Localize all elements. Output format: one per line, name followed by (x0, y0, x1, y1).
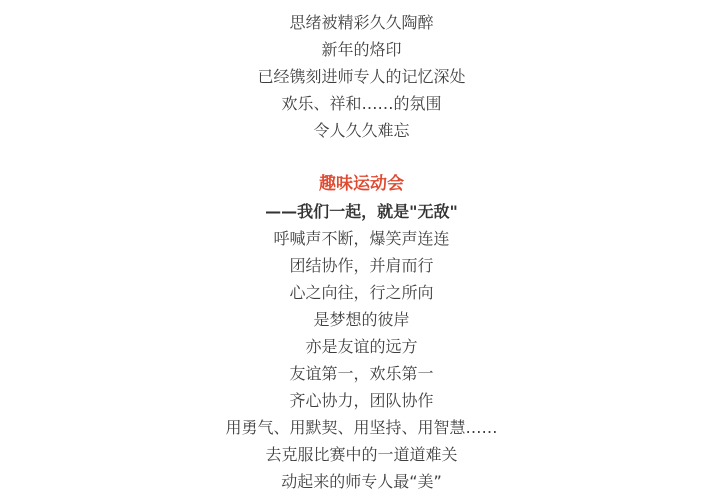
text-line: 动起来的师专人最“美” (0, 468, 723, 495)
text-line: 是梦想的彼岸 (0, 306, 723, 333)
text-line: 令人久久难忘 (0, 117, 723, 144)
section-spacer (0, 144, 723, 171)
text-line: 团结协作，并肩而行 (0, 252, 723, 279)
text-line: 齐心协力，团队协作 (0, 387, 723, 414)
text-line: 用勇气、用默契、用坚持、用智慧…… (0, 414, 723, 441)
text-line: 心之向往，行之所向 (0, 279, 723, 306)
section-heading: 趣味运动会 (0, 171, 723, 198)
intro-section: 思绪被精彩久久陶醉 新年的烙印 已经镌刻进师专人的记忆深处 欢乐、祥和……的氛围… (0, 9, 723, 144)
text-line: 呼喊声不断，爆笑声连连 (0, 225, 723, 252)
section-subheading: ——我们一起，就是"无敌" (0, 198, 723, 225)
text-line: 亦是友谊的远方 (0, 333, 723, 360)
text-line: 新年的烙印 (0, 36, 723, 63)
text-line: 已经镌刻进师专人的记忆深处 (0, 63, 723, 90)
text-line: 去克服比赛中的一道道难关 (0, 441, 723, 468)
text-line: 友谊第一，欢乐第一 (0, 360, 723, 387)
text-line: 欢乐、祥和……的氛围 (0, 90, 723, 117)
fun-sports-section: 趣味运动会 ——我们一起，就是"无敌" 呼喊声不断，爆笑声连连 团结协作，并肩而… (0, 171, 723, 495)
text-line: 思绪被精彩久久陶醉 (0, 9, 723, 36)
article-body: 思绪被精彩久久陶醉 新年的烙印 已经镌刻进师专人的记忆深处 欢乐、祥和……的氛围… (0, 9, 723, 495)
